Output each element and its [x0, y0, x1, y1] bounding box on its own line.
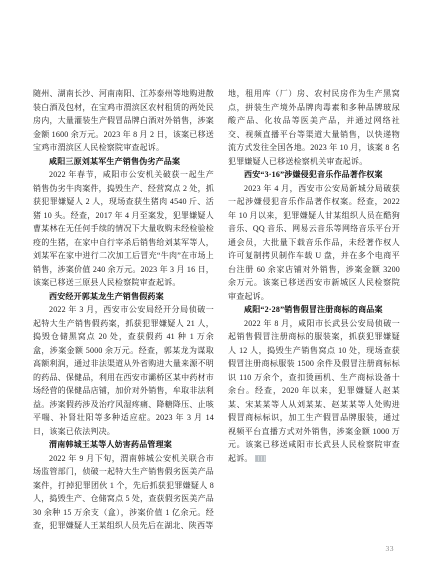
paragraph-case-xian-jingkai: 2022 年 3 月，西安市公安局经开分局侦破一起特大生产销售假药案，抓获犯罪嫌…: [33, 303, 214, 438]
right-column: 地，租用库（厂）房、农村民房作为生产黑窝点，拼装生产境外品牌肉毒素和多种品牌玻尿…: [228, 87, 400, 533]
article-end-mark-icon: [255, 455, 266, 462]
paragraph-case-xianyang-sanyuan: 2022 年春节，咸阳市公安机关破获一起生产销售伪劣牛肉案件，捣毁生产、经营窝点…: [33, 168, 214, 290]
left-column: 随州、湖南长沙、河南南阳、江苏泰州等地购进散装白酒及包材，在宝鸡市渭滨区农村租赁…: [33, 87, 214, 533]
paragraph-case-xian-3-16: 2023 年 4 月，西安市公安局新城分局破获一起涉嫌侵犯音乐作品著作权案。经查…: [228, 182, 400, 304]
paragraph-case-weinan-hancheng: 2022 年 9 月下旬，渭南韩城公安机关联合市场监管部门，侦破一起特大生产销售…: [33, 452, 214, 533]
case-title-weinan-hancheng: 渭南韩城王某等人妨害药品管理案: [33, 438, 214, 452]
case-title-xian-3-16: 西安“3·16”涉嫌侵犯音乐作品著作权案: [228, 168, 400, 182]
case-title-xian-jingkai: 西安经开郭某龙生产销售假药案: [33, 290, 214, 304]
two-column-text-area: 随州、湖南长沙、河南南阳、江苏泰州等地购进散装白酒及包材，在宝鸡市渭滨区农村租赁…: [33, 87, 400, 533]
paragraph-baijiu-case-continued: 随州、湖南长沙、河南南阳、江苏泰州等地购进散装白酒及包材，在宝鸡市渭滨区农村租赁…: [33, 87, 214, 155]
document-page: 随州、湖南长沙、河南南阳、江苏泰州等地购进散装白酒及包材，在宝鸡市渭滨区农村租赁…: [0, 0, 427, 568]
paragraph-case-weinan-hancheng-continued: 地，租用库（厂）房、农村民房作为生产黑窝点，拼装生产境外品牌肉毒素和多种品牌玻尿…: [228, 87, 400, 168]
paragraph-text: 2022 年 8 月，咸阳市长武县公安局侦破一起销售假冒注册商标的服装案，抓获犯…: [228, 319, 400, 463]
case-title-xianyang-2-28: 咸阳“2·28”销售假冒注册商标的商品案: [228, 303, 400, 317]
case-title-xianyang-sanyuan: 咸阳三原刘某军生产销售伪劣产品案: [33, 155, 214, 169]
page-number: 33: [386, 544, 395, 553]
paragraph-case-xianyang-2-28: 2022 年 8 月，咸阳市长武县公安局侦破一起销售假冒注册商标的服装案，抓获犯…: [228, 317, 400, 466]
